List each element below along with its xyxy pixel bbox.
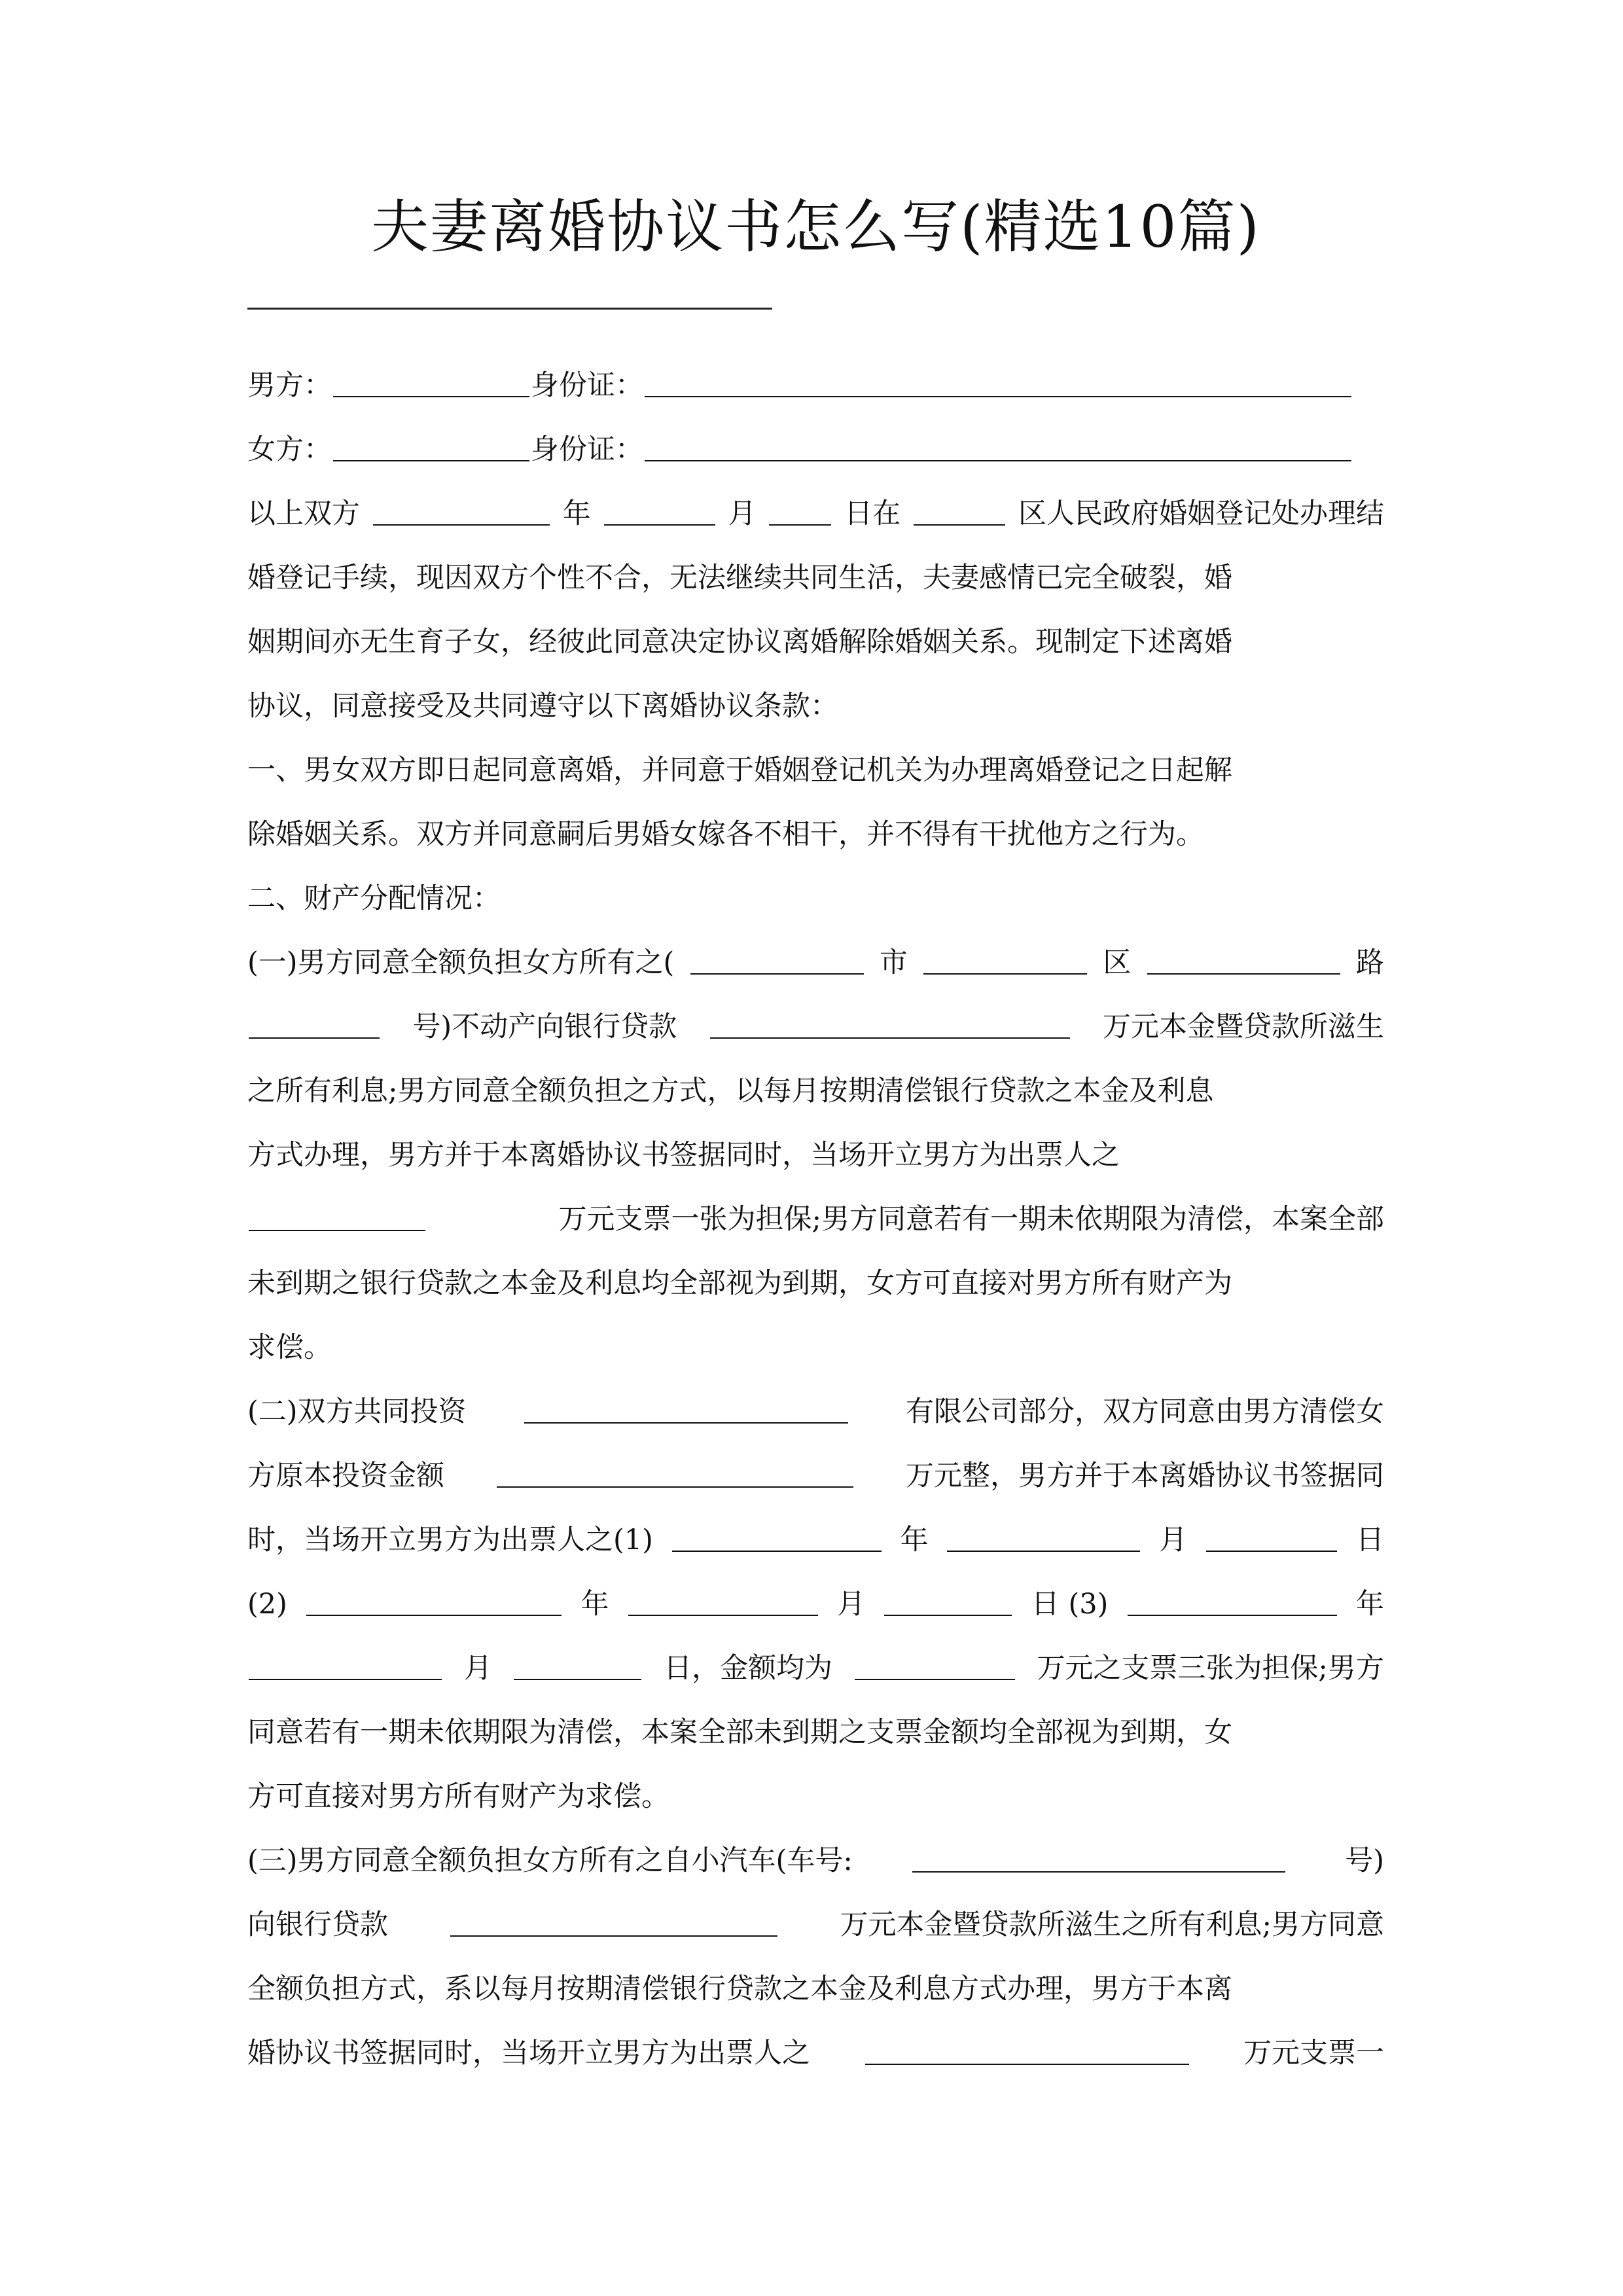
text-line: 一、男女双方即日起同意离婚，并同意于婚姻登记机关为办理离婚登记之日起解 <box>247 738 1384 802</box>
text-segment: 市 <box>880 931 908 995</box>
text-segment: 号)不动产向银行贷款 <box>412 995 677 1059</box>
text-segment: (2) <box>247 1572 287 1636</box>
text-segment: 方可直接对男方所有财产为求偿。 <box>247 1765 669 1829</box>
text-segment: 同意若有一期未依期限为清偿，本案全部未到期之支票金额均全部视为到期，女 <box>247 1700 1232 1765</box>
fill-in-blank[interactable] <box>333 434 529 461</box>
text-line: 婚登记手续，现因双方个性不合，无法继续共同生活，夫妻感情已完全破裂，婚 <box>247 546 1384 610</box>
text-line: 向银行贷款万元本金暨贷款所滋生之所有利息;男方同意 <box>247 1893 1384 1957</box>
text-line: (2)年月日 (3)年 <box>247 1572 1384 1636</box>
text-segment: (三)男方同意全额负担女方所有之自小汽车(车号: <box>247 1829 853 1893</box>
text-segment: (一)男方同意全额负担女方所有之( <box>247 931 674 995</box>
text-segment: 除婚姻关系。双方并同意嗣后男婚女嫁各不相干，并不得有干扰他方之行为。 <box>247 802 1204 867</box>
fill-in-blank[interactable] <box>690 947 864 975</box>
fill-in-blank[interactable] <box>865 2037 1189 2065</box>
text-segment: 万元整，男方并于本离婚协议书签据同 <box>906 1444 1384 1508</box>
text-segment: 方原本投资金额 <box>247 1444 444 1508</box>
fill-in-blank[interactable] <box>855 1653 1015 1680</box>
text-line: 万元支票一张为担保;男方同意若有一期未依期限为清偿，本案全部 <box>247 1187 1384 1251</box>
fill-in-blank[interactable] <box>333 370 529 397</box>
text-line: 未到期之银行贷款之本金及利息均全部视为到期，女方可直接对男方所有财产为 <box>247 1251 1384 1316</box>
text-line: 方式办理，男方并于本离婚协议书签据同时，当场开立男方为出票人之 <box>247 1123 1384 1187</box>
document-title: 夫妻离婚协议书怎么写(精选10篇) <box>247 191 1384 263</box>
text-segment: 年 <box>901 1508 929 1572</box>
text-line: 同意若有一期未依期限为清偿，本案全部未到期之支票金额均全部视为到期，女 <box>247 1700 1384 1765</box>
text-segment: 身份证： <box>531 418 643 482</box>
text-segment: 万元支票一张为担保;男方同意若有一期未依期限为清偿，本案全部 <box>559 1187 1385 1251</box>
fill-in-blank[interactable] <box>914 498 1005 526</box>
text-line: 女方：身份证： <box>247 418 1384 482</box>
text-segment: 月 <box>1159 1508 1187 1572</box>
fill-in-blank[interactable] <box>912 1845 1285 1873</box>
text-segment: 二、财产分配情况： <box>247 867 501 931</box>
text-line: 姻期间亦无生育子女，经彼此同意决定协议离婚解除婚姻关系。现制定下述离婚 <box>247 610 1384 674</box>
text-segment: 之所有利息;男方同意全额负担之方式，以每月按期清偿银行贷款之本金及利息 <box>247 1059 1214 1123</box>
text-segment: 日 <box>1356 1508 1384 1572</box>
text-segment: 日 (3) <box>1031 1572 1109 1636</box>
fill-in-blank[interactable] <box>514 1653 641 1680</box>
text-segment: 婚登记手续，现因双方个性不合，无法继续共同生活，夫妻感情已完全破裂，婚 <box>247 546 1232 610</box>
text-segment: 区人民政府婚姻登记处办理结 <box>1018 482 1384 546</box>
fill-in-blank[interactable] <box>884 1588 1012 1616</box>
text-segment: 未到期之银行贷款之本金及利息均全部视为到期，女方可直接对男方所有财产为 <box>247 1251 1232 1316</box>
text-line: 号)不动产向银行贷款万元本金暨贷款所滋生 <box>247 995 1384 1059</box>
text-line: 男方：身份证： <box>247 353 1384 418</box>
fill-in-blank[interactable] <box>306 1588 562 1616</box>
text-line: 求偿。 <box>247 1316 1384 1380</box>
text-segment: 路 <box>1356 931 1384 995</box>
text-segment: 姻期间亦无生育子女，经彼此同意决定协议离婚解除婚姻关系。现制定下述离婚 <box>247 610 1232 674</box>
text-segment: 万元支票一 <box>1243 2021 1384 2085</box>
fill-in-blank[interactable] <box>450 1909 777 1937</box>
text-line: 月日，金额均为万元之支票三张为担保;男方 <box>247 1636 1384 1700</box>
text-segment: 向银行贷款 <box>247 1893 388 1957</box>
text-segment: 女方： <box>247 418 332 482</box>
fill-in-blank[interactable] <box>373 498 550 526</box>
text-line: 时，当场开立男方为出票人之(1)年月日 <box>247 1508 1384 1572</box>
text-segment: 年 <box>581 1572 609 1636</box>
text-segment: 一、男女双方即日起同意离婚，并同意于婚姻登记机关为办理离婚登记之日起解 <box>247 738 1232 802</box>
text-line: 婚协议书签据同时，当场开立男方为出票人之万元支票一 <box>247 2021 1384 2085</box>
text-segment: 日，金额均为 <box>664 1636 832 1700</box>
fill-in-blank[interactable] <box>1206 1524 1337 1552</box>
text-line: 以上双方年月日在区人民政府婚姻登记处办理结 <box>247 482 1384 546</box>
fill-in-blank[interactable] <box>628 1588 818 1616</box>
text-segment: 婚协议书签据同时，当场开立男方为出票人之 <box>247 2021 810 2085</box>
text-segment: 万元本金暨贷款所滋生 <box>1103 995 1384 1059</box>
text-segment: 男方： <box>247 353 332 418</box>
text-segment: 时，当场开立男方为出票人之(1) <box>247 1508 653 1572</box>
text-line: 全额负担方式，系以每月按期清偿银行贷款之本金及利息方式办理，男方于本离 <box>247 1957 1384 2021</box>
fill-in-blank[interactable] <box>672 1524 882 1552</box>
text-segment: 万元之支票三张为担保;男方 <box>1037 1636 1384 1700</box>
text-segment: 全额负担方式，系以每月按期清偿银行贷款之本金及利息方式办理，男方于本离 <box>247 1957 1232 2021</box>
text-segment: 以上双方 <box>247 482 360 546</box>
text-segment: 有限公司部分，双方同意由男方清偿女 <box>906 1380 1384 1444</box>
text-line: (一)男方同意全额负担女方所有之(市区路 <box>247 931 1384 995</box>
fill-in-blank[interactable] <box>604 498 715 526</box>
fill-in-blank[interactable] <box>1147 947 1340 975</box>
fill-in-blank[interactable] <box>497 1460 853 1488</box>
fill-in-blank[interactable] <box>645 370 1351 397</box>
text-line: 协议，同意接受及共同遵守以下离婚协议条款： <box>247 674 1384 738</box>
text-line: 方可直接对男方所有财产为求偿。 <box>247 1765 1384 1829</box>
text-segment: 协议，同意接受及共同遵守以下离婚协议条款： <box>247 674 838 738</box>
fill-in-blank[interactable] <box>524 1396 848 1424</box>
text-segment: 月 <box>728 482 757 546</box>
text-segment: 万元本金暨贷款所滋生之所有利息;男方同意 <box>840 1893 1385 1957</box>
text-line: 二、财产分配情况： <box>247 867 1384 931</box>
text-segment: 年 <box>563 482 591 546</box>
fill-in-blank[interactable] <box>1128 1588 1337 1616</box>
text-segment: 求偿。 <box>247 1316 332 1380</box>
text-segment: 号) <box>1345 1829 1384 1893</box>
text-segment: 区 <box>1103 931 1131 995</box>
text-line: (二)双方共同投资有限公司部分，双方同意由男方清偿女 <box>247 1380 1384 1444</box>
fill-in-blank[interactable] <box>645 434 1351 461</box>
text-segment: 方式办理，男方并于本离婚协议书签据同时，当场开立男方为出票人之 <box>247 1123 1120 1187</box>
text-segment: 月 <box>464 1636 492 1700</box>
fill-in-blank[interactable] <box>947 1524 1140 1552</box>
fill-in-blank[interactable] <box>769 498 831 526</box>
text-line: 除婚姻关系。双方并同意嗣后男婚女嫁各不相干，并不得有干扰他方之行为。 <box>247 802 1384 867</box>
text-segment: 身份证： <box>531 353 643 418</box>
text-segment: (二)双方共同投资 <box>247 1380 467 1444</box>
text-segment: 日在 <box>844 482 901 546</box>
title-separator <box>247 308 772 310</box>
text-line: 之所有利息;男方同意全额负担之方式，以每月按期清偿银行贷款之本金及利息 <box>247 1059 1384 1123</box>
fill-in-blank[interactable] <box>249 1653 442 1680</box>
fill-in-blank[interactable] <box>710 1011 1070 1039</box>
text-line: (三)男方同意全额负担女方所有之自小汽车(车号:号) <box>247 1829 1384 1893</box>
text-line: 方原本投资金额万元整，男方并于本离婚协议书签据同 <box>247 1444 1384 1508</box>
text-segment: 月 <box>837 1572 865 1636</box>
fill-in-blank[interactable] <box>923 947 1087 975</box>
fill-in-blank[interactable] <box>249 1011 380 1039</box>
document-body: 男方：身份证：女方：身份证：以上双方年月日在区人民政府婚姻登记处办理结婚登记手续… <box>247 353 1384 2085</box>
fill-in-blank[interactable] <box>249 1204 425 1231</box>
text-segment: 年 <box>1356 1572 1384 1636</box>
